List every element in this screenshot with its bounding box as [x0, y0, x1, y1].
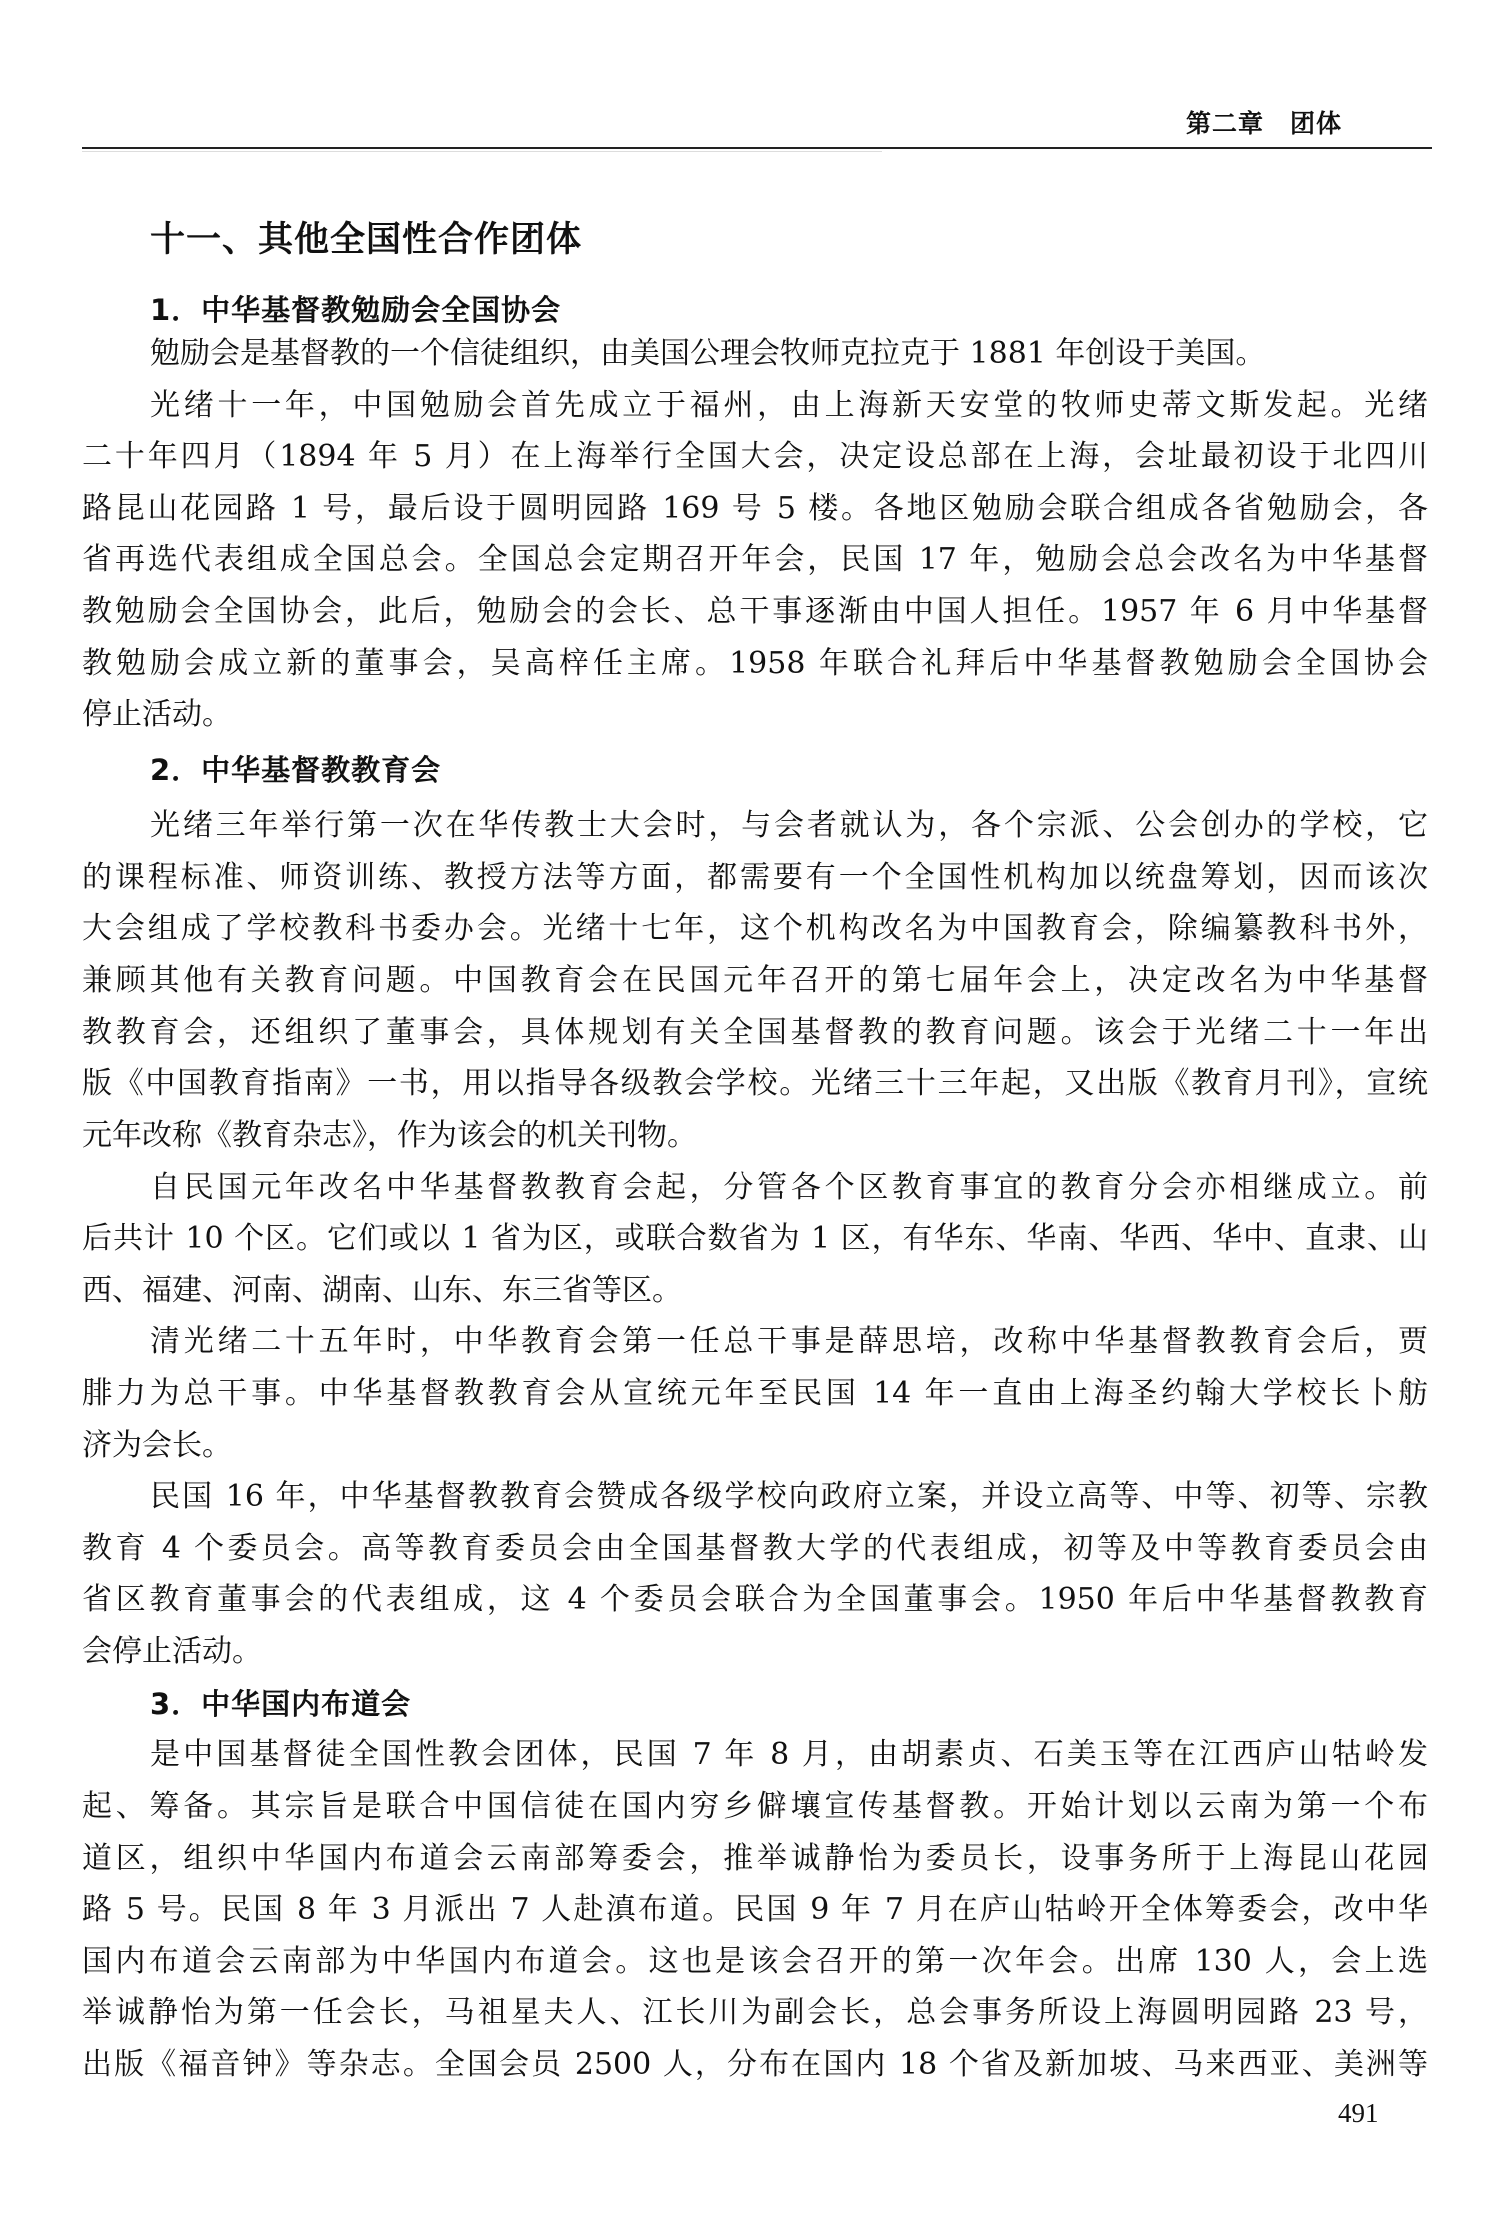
- page-number: 491: [1338, 2098, 1379, 2129]
- paragraph-line: 出版《福音钟》等杂志。全国会员 2500 人，分布在国内 18 个省及新加坡、马…: [82, 2045, 1428, 2085]
- header-rule: [82, 147, 1432, 149]
- paragraph-line: 勉励会是基督教的一个信徒组织，由美国公理会牧师克拉克于 1881 年创设于美国。: [150, 334, 1428, 374]
- paragraph-line: 元年改称《教育杂志》，作为该会的机关刊物。: [82, 1116, 1428, 1156]
- paragraph-line: 民国 16 年，中华基督教教育会赞成各级学校向政府立案，并设立高等、中等、初等、…: [150, 1477, 1428, 1517]
- subsection-heading-2: 2．中华基督教教育会: [150, 750, 441, 790]
- paragraph-line: 腓力为总干事。中华基督教教育会从宣统元年至民国 14 年一直由上海圣约翰大学校长…: [82, 1374, 1428, 1414]
- paragraph-line: 路 5 号。民国 8 年 3 月派出 7 人赴滇布道。民国 9 年 7 月在庐山…: [82, 1890, 1428, 1930]
- book-page: 第二章 团体 十一、其他全国性合作团体 1．中华基督教勉励会全国协会 勉励会是基…: [0, 0, 1500, 2220]
- paragraph-line: 大会组成了学校教科书委办会。光绪十七年，这个机构改名为中国教育会，除编纂教科书外…: [82, 909, 1428, 949]
- paragraph-line: 是中国基督徒全国性教会团体，民国 7 年 8 月，由胡素贞、石美玉等在江西庐山牯…: [150, 1735, 1428, 1775]
- paragraph-line: 济为会长。: [82, 1426, 1428, 1466]
- subsection-heading-1: 1．中华基督教勉励会全国协会: [150, 290, 561, 330]
- paragraph-line: 教勉励会成立新的董事会，吴高梓任主席。1958 年联合礼拜后中华基督教勉励会全国…: [82, 644, 1428, 684]
- paragraph-line: 教教育会，还组织了董事会，具体规划有关全国基督教的教育问题。该会于光绪二十一年出: [82, 1013, 1428, 1053]
- paragraph-line: 后共计 10 个区。它们或以 1 省为区，或联合数省为 1 区，有华东、华南、华…: [82, 1219, 1428, 1259]
- paragraph-line: 路昆山花园路 1 号，最后设于圆明园路 169 号 5 楼。各地区勉励会联合组成…: [82, 489, 1428, 529]
- running-head: 第二章 团体: [1186, 104, 1342, 140]
- paragraph-line: 清光绪二十五年时，中华教育会第一任总干事是薛思培，改称中华基督教教育会后，贾: [150, 1322, 1428, 1362]
- header-rule-shadow: [82, 151, 882, 152]
- paragraph-line: 西、福建、河南、湖南、山东、东三省等区。: [82, 1271, 1428, 1311]
- paragraph-line: 自民国元年改名中华基督教教育会起，分管各个区教育事宜的教育分会亦相继成立。前: [150, 1168, 1428, 1208]
- paragraph-line: 停止活动。: [82, 695, 1428, 735]
- paragraph-line: 二十年四月（1894 年 5 月）在上海举行全国大会，决定设总部在上海，会址最初…: [82, 437, 1428, 477]
- paragraph-line: 教育 4 个委员会。高等教育委员会由全国基督教大学的代表组成，初等及中等教育委员…: [82, 1529, 1428, 1569]
- paragraph-line: 会停止活动。: [82, 1632, 1428, 1672]
- paragraph-line: 省区教育董事会的代表组成，这 4 个委员会联合为全国董事会。1950 年后中华基…: [82, 1580, 1428, 1620]
- paragraph-line: 举诚静怡为第一任会长，马祖星夫人、江长川为副会长，总会事务所设上海圆明园路 23…: [82, 1993, 1428, 2033]
- paragraph-line: 版《中国教育指南》一书，用以指导各级教会学校。光绪三十三年起，又出版《教育月刊》…: [82, 1064, 1428, 1104]
- paragraph-line: 国内布道会云南部为中华国内布道会。这也是该会召开的第一次年会。出席 130 人，…: [82, 1942, 1428, 1982]
- paragraph-line: 道区，组织中华国内布道会云南部筹委会，推举诚静怡为委员长，设事务所于上海昆山花园: [82, 1839, 1428, 1879]
- section-title: 十一、其他全国性合作团体: [150, 212, 582, 262]
- subsection-heading-3: 3．中华国内布道会: [150, 1684, 411, 1724]
- paragraph-line: 起、筹备。其宗旨是联合中国信徒在国内穷乡僻壤宣传基督教。开始计划以云南为第一个布: [82, 1787, 1428, 1827]
- paragraph-line: 省再选代表组成全国总会。全国总会定期召开年会，民国 17 年，勉励会总会改名为中…: [82, 540, 1428, 580]
- paragraph-line: 兼顾其他有关教育问题。中国教育会在民国元年召开的第七届年会上，决定改名为中华基督: [82, 961, 1428, 1001]
- paragraph-line: 光绪十一年，中国勉励会首先成立于福州，由上海新天安堂的牧师史蒂文斯发起。光绪: [150, 386, 1428, 426]
- paragraph-line: 教勉励会全国协会，此后，勉励会的会长、总干事逐渐由中国人担任。1957 年 6 …: [82, 592, 1428, 632]
- paragraph-line: 光绪三年举行第一次在华传教士大会时，与会者就认为，各个宗派、公会创办的学校，它: [150, 806, 1428, 846]
- paragraph-line: 的课程标准、师资训练、教授方法等方面，都需要有一个全国性机构加以统盘筹划，因而该…: [82, 858, 1428, 898]
